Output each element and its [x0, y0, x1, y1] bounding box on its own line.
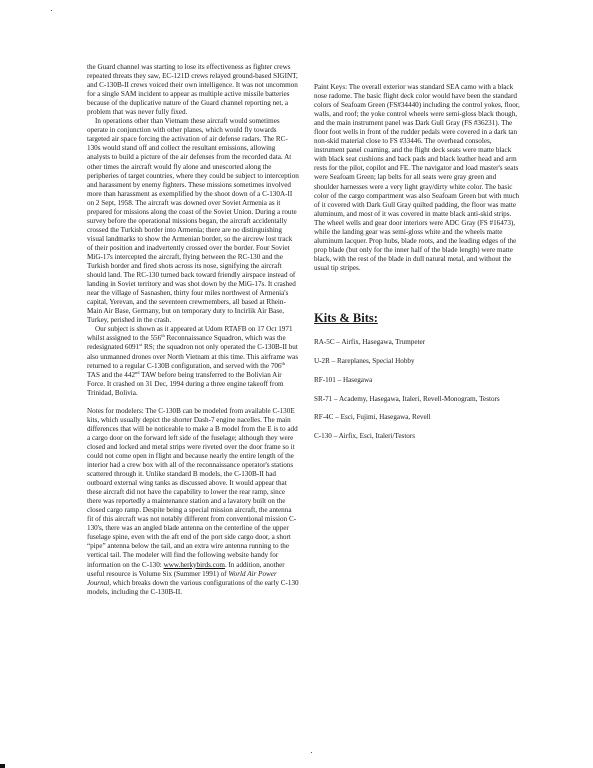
paragraph-guard-channel: the Guard channel was starting to lose i…: [87, 63, 299, 117]
kit-item-u-2r: U-2R – Rareplanes, Special Hobby: [314, 357, 520, 366]
kit-item-c-130: C-130 – Airfix, Esci, Italeri/Testors: [314, 432, 520, 441]
kit-item-sr-71: SR-71 – Academy, Hasegawa, Italeri, Reve…: [314, 395, 520, 404]
text-run: Notes for modelers: The C-130B can be mo…: [87, 407, 298, 569]
text-run: TAS and the 442: [87, 371, 135, 379]
paragraph-notes-for-modelers: Notes for modelers: The C-130B can be mo…: [87, 407, 299, 597]
kit-item-ra-5c: RA-5C – Airfix, Hasegawa, Trumpeter: [314, 338, 520, 347]
paragraph-our-subject: Our subject is shown as it appeared at U…: [87, 325, 299, 397]
left-column: the Guard channel was starting to lose i…: [87, 63, 299, 597]
paragraph-paint-keys: Paint Keys: The overall exterior was sta…: [314, 83, 520, 273]
scan-speck: [311, 752, 312, 753]
kits-and-bits-heading: Kits & Bits:: [314, 311, 378, 326]
paragraph-other-operations: In operations other than Vietnam these a…: [87, 117, 299, 325]
right-column: Paint Keys: The overall exterior was sta…: [314, 83, 520, 273]
herkybirds-link[interactable]: www.herkybirds.com: [164, 561, 225, 569]
superscript: th: [282, 361, 286, 366]
kits-list: RA-5C – Airfix, Hasegawa, Trumpeter U-2R…: [314, 338, 520, 451]
scan-speck: [51, 10, 52, 11]
kit-item-rf-4c: RF-4C – Esci, Fujimi, Hasegawa, Revell: [314, 413, 520, 422]
text-run: , which breaks down the various configur…: [87, 579, 299, 596]
scan-corner-mark: [0, 764, 5, 768]
kit-item-rf-101: RF-101 – Hasegawa: [314, 376, 520, 385]
